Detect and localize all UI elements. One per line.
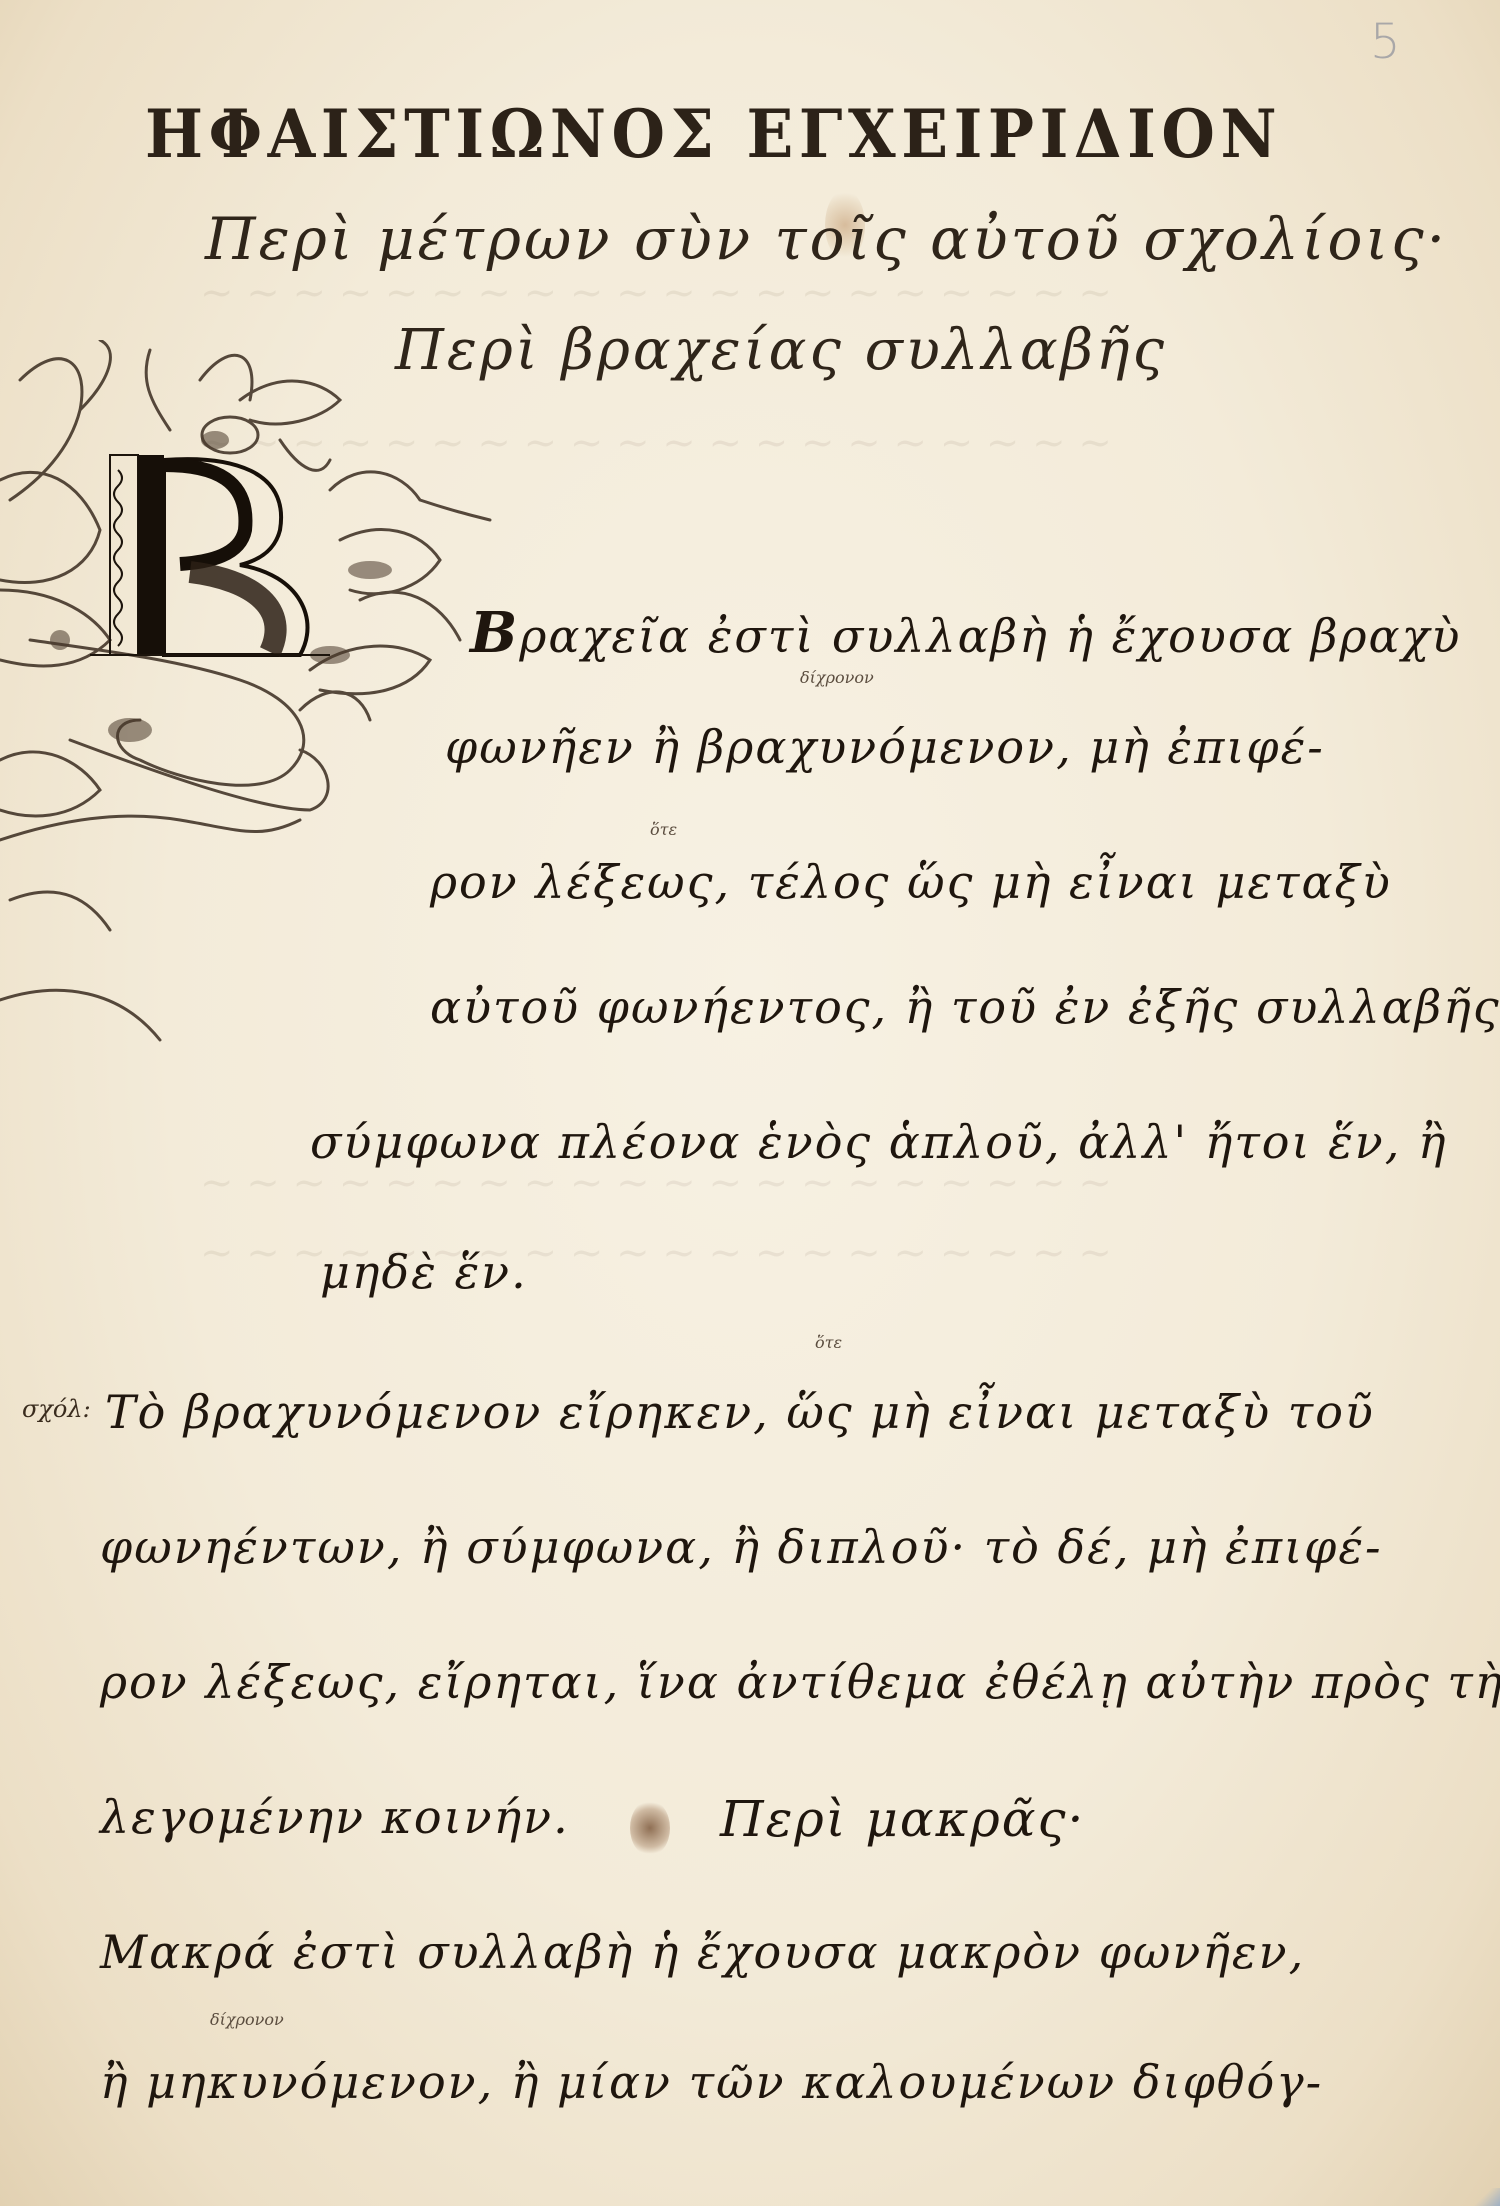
next-section-line-1: Μακρά ἐστὶ συλλαβὴ ἡ ἔχουσα μακρὸν φωνῆε… [100,1925,1305,1979]
manuscript-page: ~ ~ ~ ~ ~ ~ ~ ~ ~ ~ ~ ~ ~ ~ ~ ~ ~ ~ ~ ~ … [0,0,1500,2206]
subtitle: Περὶ μέτρων σὺν τοῖς αὐτοῦ σχολίοις· [205,205,1448,273]
decorated-initial-ornament [0,340,500,1220]
ink-blot [630,1800,670,1856]
text-line-4: αὐτοῦ φωνήεντος, ἢ τοῦ ἐν ἐξῆς συλλαβῆς, [430,980,1500,1034]
section-heading: Περὶ βραχείας συλλαβῆς [395,318,1167,383]
interlinear-gloss: δίχρονον [210,2010,284,2029]
text-line-1-content: ραχεῖα ἐστὶ συλλαβὴ ἡ ἔχουσα βραχὺ [519,609,1461,663]
text-line-1: Βραχεῖα ἐστὶ συλλαβὴ ἡ ἔχουσα βραχὺ [470,600,1461,666]
page-title: ΗΦΑΙΣΤΙΩΝΟΣ ΕΓΧΕΙΡΙΔΙΟΝ [145,95,1282,173]
scholion-line-3: ρον λέξεως, εἴρηται, ἵνα ἀντίθεμα ἐθέλῃ … [100,1655,1500,1709]
scholion-line-1: Τὸ βραχυνόμενον εἴρηκεν, ὥς μὴ εἶναι μετ… [105,1385,1375,1439]
page-number: 5 [1370,14,1401,70]
interlinear-gloss: ὅτε [815,1333,842,1352]
next-section-line-2: ἢ μηκυνόμενον, ἢ μίαν τῶν καλουμένων διφ… [100,2055,1323,2109]
interlinear-gloss: ὅτε [650,820,677,839]
initial-letter-continuation: Β [470,600,519,666]
interlinear-gloss: δίχρονον [800,668,874,687]
scholion-line-2: φωνηέντων, ἢ σύμφωνα, ἢ διπλοῦ· τὸ δέ, μ… [100,1520,1383,1574]
margin-note-scholion: σχόλ: [22,1395,91,1423]
text-line-2: φωνῆεν ἢ βραχυνόμενον, μὴ ἐπιφέ- [445,720,1325,774]
next-section-heading: Περὶ μακρᾶς· [720,1790,1085,1848]
text-line-3: ρον λέξεως, τέλος ὥς μὴ εἶναι μεταξὺ [430,855,1392,909]
bleed-through-text: ~ ~ ~ ~ ~ ~ ~ ~ ~ ~ ~ ~ ~ ~ ~ ~ ~ ~ ~ ~ [200,270,1440,316]
text-line-6: μηδὲ ἕν. [320,1245,528,1299]
text-line-5: σύμφωνα πλέονα ἑνὸς ἁπλοῦ, ἀλλ' ἤτοι ἕν,… [310,1115,1448,1169]
scholion-line-4: λεγομένην κοινήν. [100,1790,570,1844]
